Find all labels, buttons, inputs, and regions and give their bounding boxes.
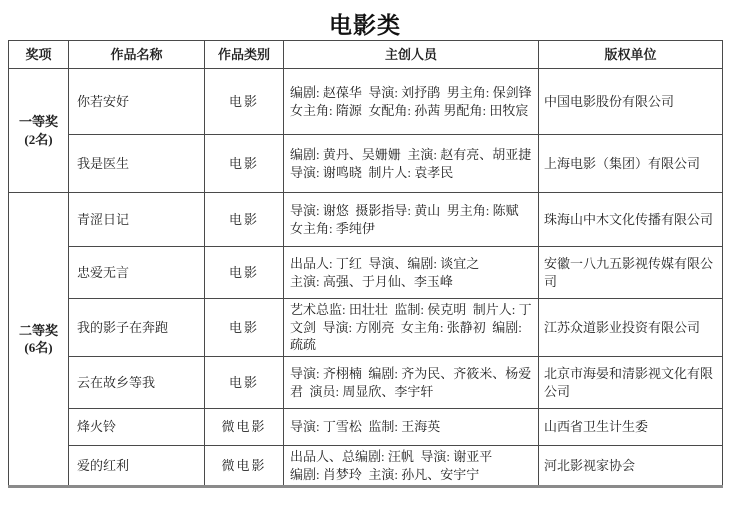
award-label: 一等奖	[11, 113, 66, 131]
header-work-name: 作品名称	[69, 41, 205, 69]
award-cell-second-prize: 二等奖 (6名)	[9, 193, 69, 487]
table-row: 二等奖 (6名) 青涩日记 电影 导演: 谢悠 摄影指导: 黄山 男主角: 陈赋…	[9, 193, 723, 247]
table-row: 一等奖 (2名) 你若安好 电影 编剧: 赵葆华 导演: 刘抒鹃 男主角: 保剑…	[9, 69, 723, 135]
header-creators: 主创人员	[284, 41, 539, 69]
work-name-cell: 你若安好	[69, 69, 205, 135]
category-cell: 微电影	[205, 446, 284, 487]
unit-cell: 中国电影股份有限公司	[539, 69, 723, 135]
creators-cell: 导演: 齐栩楠 编剧: 齐为民、齐筱米、杨爱君 演员: 周显欣、李宇轩	[284, 357, 539, 409]
category-cell: 电影	[205, 135, 284, 193]
award-cell-first-prize: 一等奖 (2名)	[9, 69, 69, 193]
table-row: 烽火铃 微电影 导演: 丁雪松 监制: 王海英 山西省卫生计生委	[9, 409, 723, 446]
work-name-cell: 青涩日记	[69, 193, 205, 247]
table-row: 我的影子在奔跑 电影 艺术总监: 田壮壮 监制: 侯克明 制片人: 丁文剑 导演…	[9, 299, 723, 357]
creators-cell: 导演: 丁雪松 监制: 王海英	[284, 409, 539, 446]
header-category: 作品类别	[205, 41, 284, 69]
work-name-cell: 烽火铃	[69, 409, 205, 446]
category-cell: 电影	[205, 193, 284, 247]
work-name-cell: 我是医生	[69, 135, 205, 193]
category-cell: 电影	[205, 299, 284, 357]
creators-cell: 编剧: 黄丹、吴姗姗 主演: 赵有亮、胡亚捷 导演: 谢鸣晓 制片人: 袁孝民	[284, 135, 539, 193]
award-label: 二等奖	[11, 322, 66, 340]
unit-cell: 江苏众道影业投资有限公司	[539, 299, 723, 357]
unit-cell: 北京市海晏和清影视文化有限公司	[539, 357, 723, 409]
header-award: 奖项	[9, 41, 69, 69]
creators-cell: 艺术总监: 田壮壮 监制: 侯克明 制片人: 丁文剑 导演: 方刚亮 女主角: …	[284, 299, 539, 357]
work-name-cell: 忠爱无言	[69, 247, 205, 299]
creators-cell: 导演: 谢悠 摄影指导: 黄山 男主角: 陈赋 女主角: 季纯伊	[284, 193, 539, 247]
unit-cell: 安徽一八九五影视传媒有限公司	[539, 247, 723, 299]
award-count: (2名)	[11, 131, 66, 149]
header-unit: 版权单位	[539, 41, 723, 69]
table-row: 云在故乡等我 电影 导演: 齐栩楠 编剧: 齐为民、齐筱米、杨爱君 演员: 周显…	[9, 357, 723, 409]
work-name-cell: 云在故乡等我	[69, 357, 205, 409]
table-row: 我是医生 电影 编剧: 黄丹、吴姗姗 主演: 赵有亮、胡亚捷 导演: 谢鸣晓 制…	[9, 135, 723, 193]
work-name-cell: 我的影子在奔跑	[69, 299, 205, 357]
creators-cell: 出品人: 丁红 导演、编剧: 谈宜之 主演: 高强、于月仙、李玉峰	[284, 247, 539, 299]
creators-cell: 编剧: 赵葆华 导演: 刘抒鹃 男主角: 保剑锋 女主角: 隋源 女配角: 孙茜…	[284, 69, 539, 135]
category-cell: 电影	[205, 357, 284, 409]
unit-cell: 珠海山中木文化传播有限公司	[539, 193, 723, 247]
award-count: (6名)	[11, 339, 66, 357]
category-cell: 微电影	[205, 409, 284, 446]
creators-cell: 出品人、总编剧: 汪帆 导演: 谢亚平 编剧: 肖梦玲 主演: 孙凡、安宇宁	[284, 446, 539, 487]
awards-table: 奖项 作品名称 作品类别 主创人员 版权单位 一等奖 (2名) 你若安好 电影 …	[8, 40, 723, 488]
work-name-cell: 爱的红利	[69, 446, 205, 487]
category-cell: 电影	[205, 69, 284, 135]
page-title: 电影类	[0, 0, 730, 40]
document-page: 电影类 奖项 作品名称 作品类别 主创人员 版权单位 一等奖 (2名) 你若安好…	[0, 0, 730, 506]
header-row: 奖项 作品名称 作品类别 主创人员 版权单位	[9, 41, 723, 69]
category-cell: 电影	[205, 247, 284, 299]
unit-cell: 上海电影（集团）有限公司	[539, 135, 723, 193]
unit-cell: 河北影视家协会	[539, 446, 723, 487]
table-row: 爱的红利 微电影 出品人、总编剧: 汪帆 导演: 谢亚平 编剧: 肖梦玲 主演:…	[9, 446, 723, 487]
unit-cell: 山西省卫生计生委	[539, 409, 723, 446]
table-row: 忠爱无言 电影 出品人: 丁红 导演、编剧: 谈宜之 主演: 高强、于月仙、李玉…	[9, 247, 723, 299]
